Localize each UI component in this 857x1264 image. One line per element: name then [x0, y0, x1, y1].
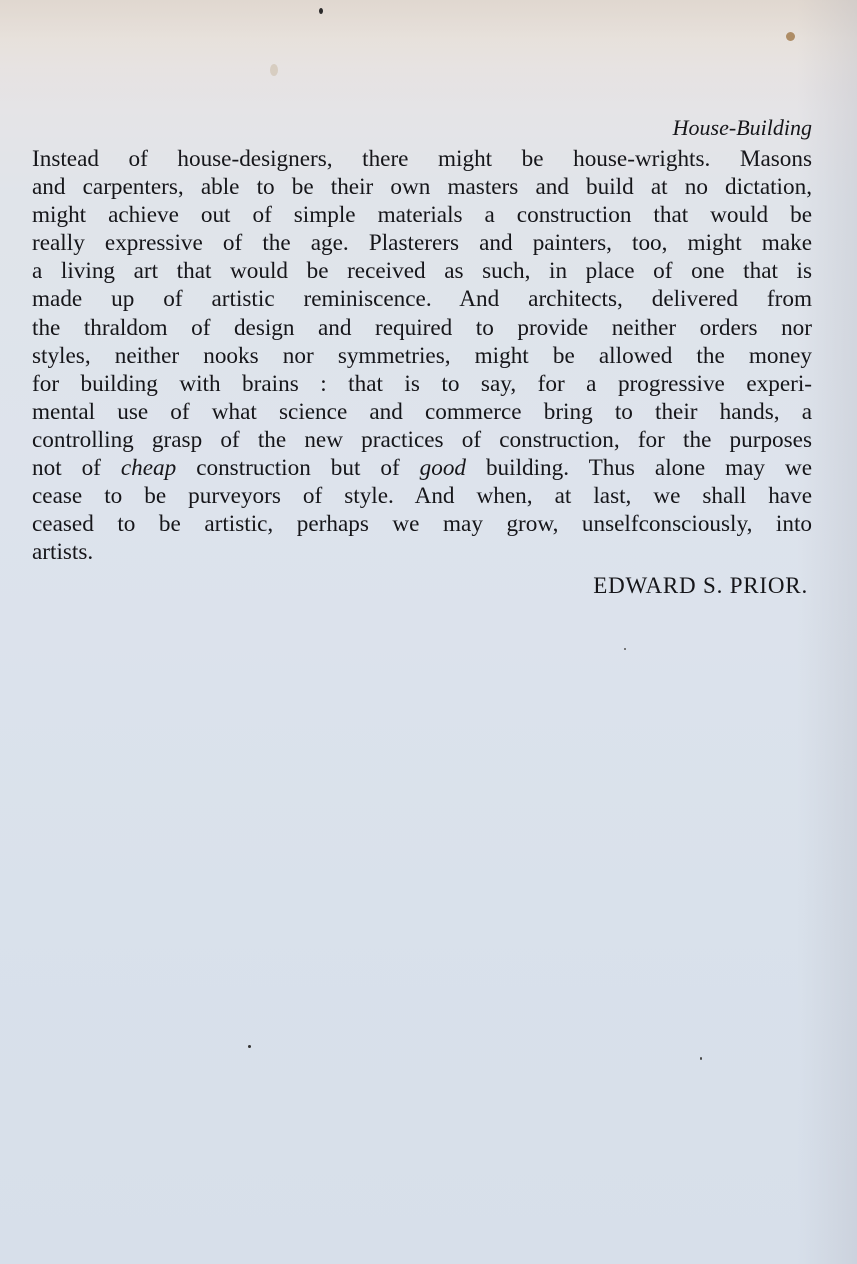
body-line-final: artists.	[32, 538, 812, 566]
body-line-with-emphasis: not of cheap construction but of good bu…	[32, 454, 812, 482]
body-line: made up of artistic reminiscence. And ar…	[32, 285, 812, 313]
body-line: cease to be purveyors of style. And when…	[32, 482, 812, 510]
body-line: really expressive of the age. Plasterers…	[32, 229, 812, 257]
text-block: House-Building Instead of house-designer…	[32, 114, 812, 601]
body-line: styles, neither nooks nor symmetries, mi…	[32, 342, 812, 370]
running-head: House-Building	[32, 114, 812, 142]
emphasis-good: good	[420, 455, 466, 481]
foxing-stain	[786, 32, 795, 41]
body-line: controlling grasp of the new practices o…	[32, 426, 812, 454]
ink-speck	[319, 8, 323, 14]
line-text: building. Thus alone may we	[466, 455, 812, 481]
body-line: might achieve out of simple materials a …	[32, 201, 812, 229]
body-line: mental use of what science and commerce …	[32, 398, 812, 426]
ink-speck	[700, 1057, 702, 1060]
body-line: Instead of house-designers, there might …	[32, 145, 812, 173]
body-line: a living art that would be received as s…	[32, 257, 812, 285]
author-signature: EDWARD S. PRIOR.	[32, 572, 812, 600]
body-line: and carpenters, able to be their own mas…	[32, 173, 812, 201]
emphasis-cheap: cheap	[121, 455, 176, 481]
ink-speck	[624, 648, 626, 650]
foxing-stain	[270, 64, 278, 76]
line-text: construction but of	[176, 455, 419, 481]
body-line: ceased to be artistic, perhaps we may gr…	[32, 510, 812, 538]
ink-speck	[248, 1045, 251, 1048]
body-line: the thraldom of design and required to p…	[32, 314, 812, 342]
body-line: for building with brains : that is to sa…	[32, 370, 812, 398]
scanned-page: House-Building Instead of house-designer…	[0, 0, 857, 1264]
page-top-discoloration	[0, 0, 857, 110]
body-paragraph: Instead of house-designers, there might …	[32, 145, 812, 566]
line-text: not of	[32, 455, 121, 481]
